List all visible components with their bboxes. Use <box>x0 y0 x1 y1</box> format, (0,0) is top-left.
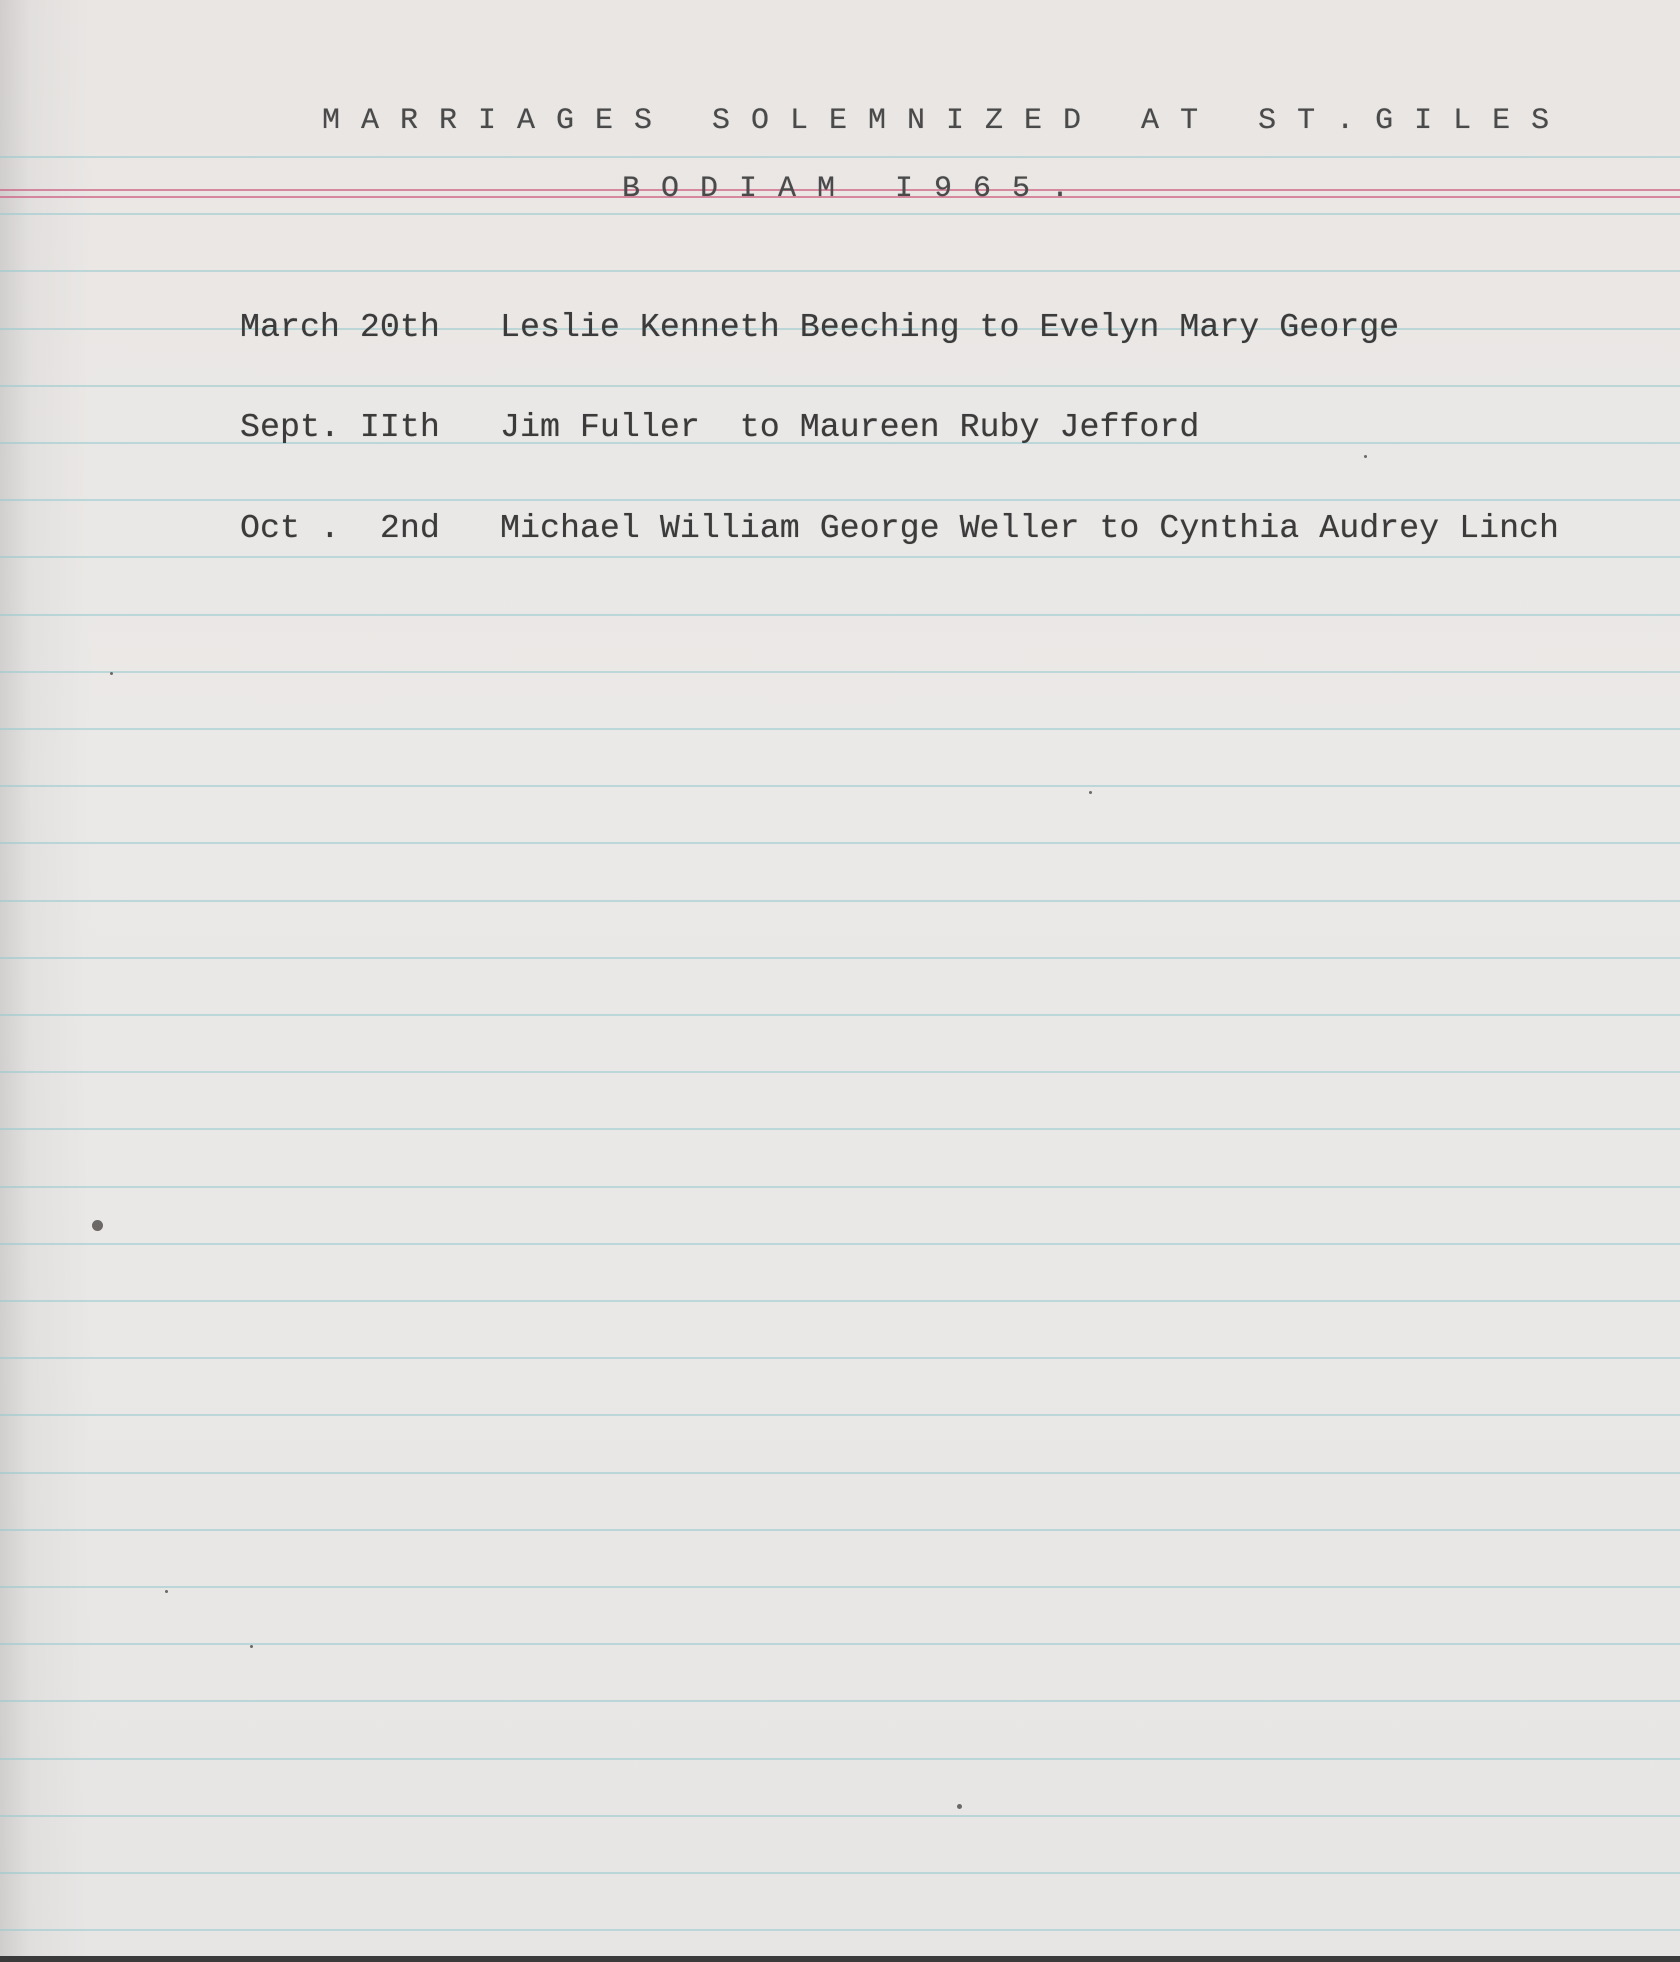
blue-rule-line <box>0 728 1680 730</box>
blue-rule-line <box>0 900 1680 902</box>
paper-blemish <box>110 672 113 675</box>
blue-rule-line <box>0 1357 1680 1359</box>
paper-blemish <box>165 1590 168 1593</box>
paper-blemish <box>957 1804 962 1809</box>
blue-rule-line <box>0 213 1680 215</box>
entry-date: Sept. IIth <box>240 408 440 446</box>
blue-rule-line <box>0 1929 1680 1931</box>
blue-rule-line <box>0 156 1680 158</box>
blue-rule-line <box>0 842 1680 844</box>
blue-rule-line <box>0 1414 1680 1416</box>
blue-rule-line <box>0 1186 1680 1188</box>
blue-rule-line <box>0 1586 1680 1588</box>
blue-rule-line <box>0 385 1680 387</box>
paper-blemish <box>250 1645 253 1648</box>
page-title: MARRIAGES SOLEMNIZED AT ST.GILES <box>322 104 1570 138</box>
blue-rule-line <box>0 1815 1680 1817</box>
blue-rule-line <box>0 1071 1680 1073</box>
blue-rule-line <box>0 671 1680 673</box>
blue-rule-line <box>0 1872 1680 1874</box>
blue-rule-line <box>0 1758 1680 1760</box>
entry-names: Michael William George Weller to Cynthia… <box>500 509 1559 547</box>
entry-names: Jim Fuller to Maureen Ruby Jefford <box>500 408 1199 446</box>
blue-rule-line <box>0 499 1680 501</box>
blue-rule-line <box>0 1128 1680 1130</box>
paper-blemish <box>92 1220 103 1231</box>
ledger-page: MARRIAGES SOLEMNIZED AT ST.GILES BODIAM … <box>0 0 1680 1956</box>
blue-rule-line <box>0 270 1680 272</box>
blue-rule-line <box>0 1700 1680 1702</box>
paper-blemish <box>1364 455 1367 458</box>
entry-names: Leslie Kenneth Beeching to Evelyn Mary G… <box>500 308 1399 346</box>
blue-rule-line <box>0 614 1680 616</box>
blue-rule-line <box>0 1243 1680 1245</box>
blue-rule-line <box>0 1529 1680 1531</box>
blue-rule-line <box>0 957 1680 959</box>
paper-blemish <box>1089 791 1092 794</box>
entry-date: Oct . 2nd <box>240 509 440 547</box>
blue-rule-line <box>0 1014 1680 1016</box>
blue-rule-line <box>0 1300 1680 1302</box>
blue-rule-line <box>0 785 1680 787</box>
page-subtitle: BODIAM I965. <box>622 172 1090 206</box>
entry-date: March 20th <box>240 308 440 346</box>
blue-rule-line <box>0 1472 1680 1474</box>
blue-rule-line <box>0 556 1680 558</box>
